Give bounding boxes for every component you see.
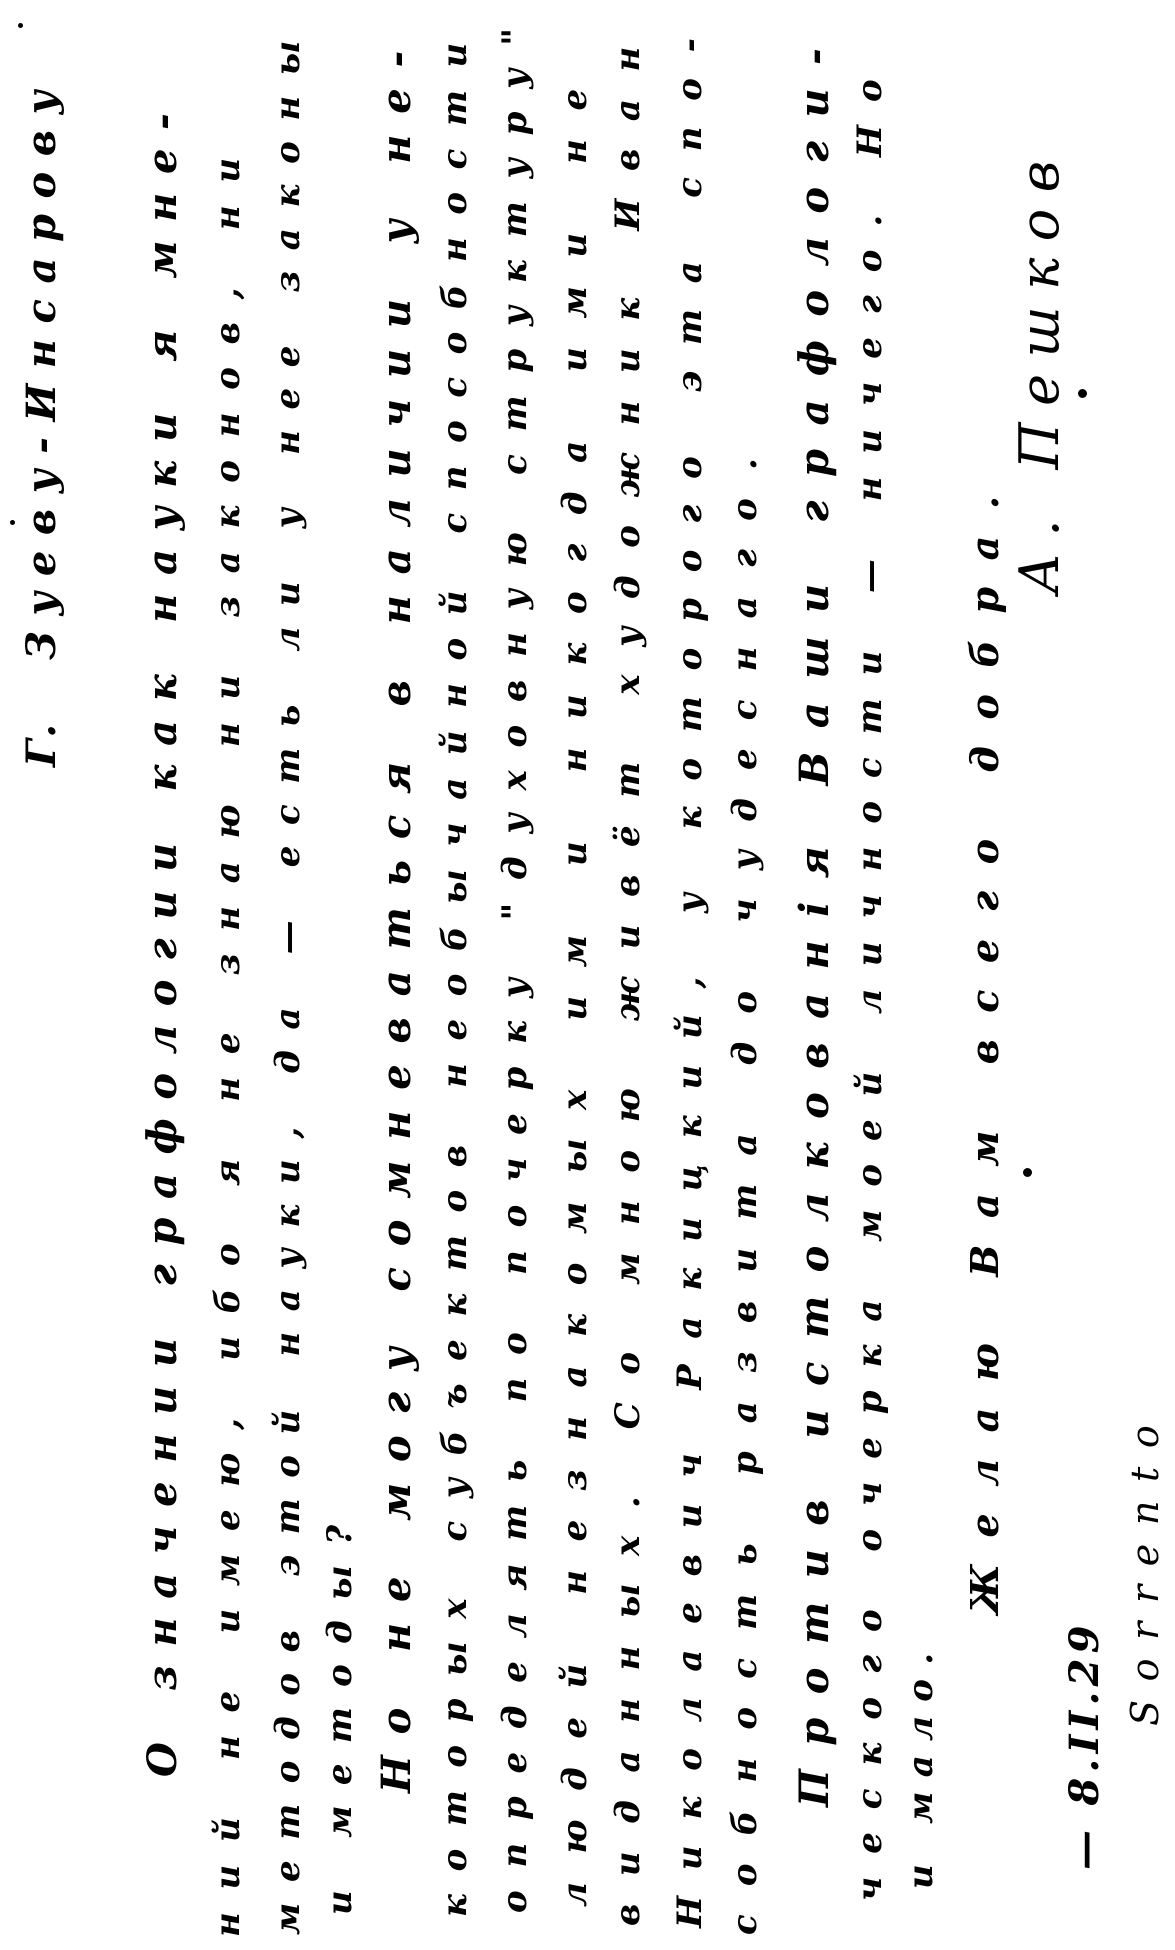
body-line-9: виданных. Со мною живёт художник Иван	[603, 19, 653, 1926]
body-line-1: О значении графологии как науки я мне-	[138, 95, 188, 1777]
body-line-14: и мало.	[896, 1639, 946, 1889]
letter-sheet: Г. Зуеву-Инсарову О значении графологии …	[0, 0, 1175, 1950]
body-line-11: собность развита до чудеснаго.	[720, 430, 770, 1935]
body-line-4: и методы?	[315, 1505, 365, 1915]
body-line-8: людей незнакомых им и никогда ими не	[550, 60, 600, 1907]
body-line-6: которых субъектов необычайной способност…	[430, 20, 480, 1917]
body-line-10: Николаевич Ракицкий, у которого эта спо-	[665, 12, 715, 1928]
body-line-5: Но не могу сомневаться в наличии у не-	[372, 30, 422, 1793]
ink-speck	[18, 23, 23, 28]
letter-date: — 8.II.29	[1060, 1620, 1110, 1870]
body-line-3: методов этой науки, да — есть ли у нее з…	[263, 20, 313, 1935]
ink-speck	[10, 520, 15, 525]
ink-dot	[1023, 1168, 1032, 1177]
body-line-7: определять по почерку "духовную структур…	[490, 5, 540, 1913]
addressee-prefix: Г.	[17, 722, 67, 767]
signature: А. Пешков	[1008, 144, 1072, 594]
addressee-name: Зуеву-Инсарову	[17, 75, 67, 660]
ink-dot	[1078, 389, 1087, 398]
body-line-13: ческого очерка моей личности — ничего. Н…	[845, 56, 895, 1901]
body-line-2: ний не имею, ибо я не знаю ни законов, н…	[203, 135, 253, 1937]
body-line-12: Против истолкованія Ваши графологи-	[790, 25, 840, 1807]
letter-place: Sorrento	[1120, 1407, 1170, 1726]
scanned-letter-page: Г. Зуеву-Инсарову О значении графологии …	[0, 0, 1175, 1950]
closing-line: Желаю Вам всего добра.	[960, 469, 1010, 1614]
